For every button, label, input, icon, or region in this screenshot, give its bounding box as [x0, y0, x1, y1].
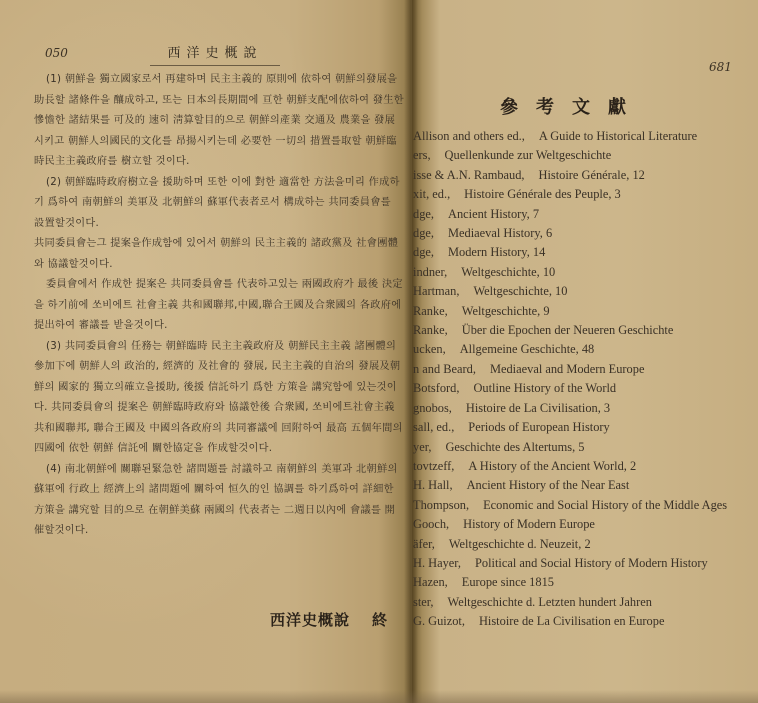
reference-item: Allison and others ed.,A Guide to Histor… — [413, 127, 758, 146]
reference-author: Ranke, — [413, 323, 448, 337]
reference-item: Ranke,Weltgeschichte, 9 — [413, 302, 758, 321]
reference-title: History of Modern Europe — [463, 517, 595, 531]
reference-item: xit, ed.,Histoire Générale des Peuple, 3 — [413, 185, 758, 204]
reference-author: Hartman, — [413, 284, 459, 298]
reference-item: äfer,Weltgeschichte d. Neuzeit, 2 — [413, 535, 758, 554]
book-spread: 050 西洋史概說 (1) 朝鮮을 獨立國家로서 再建하며 民主主義的 原則에 … — [0, 0, 758, 703]
reference-title: Modern History, 14 — [448, 245, 545, 259]
reference-title: Ancient History, 7 — [448, 207, 539, 221]
reference-title: Histoire Générale des Peuple, 3 — [464, 187, 621, 201]
references-heading: 參考文獻 — [500, 93, 644, 119]
reference-item: gnobos,Histoire de La Civilisation, 3 — [413, 399, 758, 418]
right-page-number: 681 — [709, 60, 732, 74]
reference-item: Botsford,Outline History of the World — [413, 379, 758, 398]
reference-item: ster,Weltgeschichte d. Letzten hundert J… — [413, 593, 758, 612]
paragraph-5: (3) 共同委員會의 任務는 朝鮮臨時 民主主義政府及 朝鮮民主主義 諸團體의 … — [34, 337, 404, 460]
reference-author: isse & A.N. Rambaud, — [413, 168, 525, 182]
reference-item: sall, ed.,Periods of European History — [413, 418, 758, 437]
reference-title: Mediaeval and Modern Europe — [490, 362, 644, 376]
reference-author: tovtzeff, — [413, 459, 454, 473]
reference-item: dge,Ancient History, 7 — [413, 205, 758, 224]
reference-item: Ranke,Über die Epochen der Neueren Gesch… — [413, 321, 758, 340]
book-end-title: 西洋史概說 — [270, 609, 350, 630]
reference-author: indner, — [413, 265, 447, 279]
reference-list: Allison and others ed.,A Guide to Histor… — [413, 127, 758, 632]
reference-title: Economic and Social History of the Middl… — [483, 498, 727, 512]
reference-item: isse & A.N. Rambaud,Histoire Générale, 1… — [413, 166, 758, 185]
reference-item: dge,Modern History, 14 — [413, 243, 758, 262]
reference-title: Weltgeschichte, 9 — [462, 304, 550, 318]
reference-title: A History of the Ancient World, 2 — [468, 459, 636, 473]
paragraph-4: 委員會에서 作成한 提案은 共同委員會를 代表하고있는 兩國政府가 最後 決定을… — [34, 275, 404, 337]
reference-title: Allgemeine Geschichte, 48 — [460, 342, 595, 356]
paragraph-6: (4) 南北朝鮮에 關聯된緊急한 諸問題를 討議하고 南朝鮮의 美軍과 北朝鮮의… — [34, 460, 404, 542]
reference-author: Botsford, — [413, 381, 459, 395]
reference-title: Quellenkunde zur Weltgeschichte — [445, 148, 612, 162]
reference-title: Periods of European History — [468, 420, 609, 434]
reference-author: G. Guizot, — [413, 614, 465, 628]
reference-title: Mediaeval History, 6 — [448, 226, 552, 240]
paragraph-2: (2) 朝鮮臨時政府樹立을 援助하며 또한 이에 對한 適當한 方法을미리 作成… — [34, 173, 404, 235]
reference-title: Weltgeschichte, 10 — [473, 284, 567, 298]
reference-author: yer, — [413, 440, 431, 454]
reference-title: A Guide to Historical Literature — [539, 129, 697, 143]
reference-author: gnobos, — [413, 401, 452, 415]
reference-author: Ranke, — [413, 304, 448, 318]
reference-item: G. Guizot,Histoire de La Civilisation en… — [413, 612, 758, 631]
reference-author: Gooch, — [413, 517, 449, 531]
reference-title: Outline History of the World — [473, 381, 616, 395]
reference-author: n and Beard, — [413, 362, 476, 376]
reference-title: Über die Epochen der Neueren Geschichte — [462, 323, 674, 337]
reference-author: dge, — [413, 226, 434, 240]
running-head: 西洋史概說 — [150, 42, 280, 66]
reference-item: tovtzeff,A History of the Ancient World,… — [413, 457, 758, 476]
reference-author: sall, ed., — [413, 420, 454, 434]
reference-author: ucken, — [413, 342, 446, 356]
reference-author: ers, — [413, 148, 431, 162]
book-end-mark: 終 — [372, 609, 387, 630]
reference-item: H. Hayer,Political and Social History of… — [413, 554, 758, 573]
paragraph-3: 共同委員會는그 提案을作成함에 있어서 朝鮮의 民主主義的 諸政黨及 社會團體와… — [34, 234, 404, 275]
reference-author: Allison and others ed., — [413, 129, 525, 143]
reference-title: Ancient History of the Near East — [467, 478, 630, 492]
reference-author: äfer, — [413, 537, 435, 551]
reference-author: dge, — [413, 245, 434, 259]
reference-author: dge, — [413, 207, 434, 221]
reference-item: Hartman,Weltgeschichte, 10 — [413, 282, 758, 301]
left-page-number: 050 — [45, 46, 68, 60]
reference-title: Histoire de La Civilisation en Europe — [479, 614, 664, 628]
left-page-body: (1) 朝鮮을 獨立國家로서 再建하며 民主主義的 原則에 依하여 朝鮮의發展을… — [34, 70, 404, 542]
reference-title: Europe since 1815 — [462, 575, 554, 589]
reference-author: H. Hayer, — [413, 556, 461, 570]
reference-title: Histoire Générale, 12 — [539, 168, 645, 182]
reference-item: yer,Geschichte des Altertums, 5 — [413, 438, 758, 457]
reference-item: ers,Quellenkunde zur Weltgeschichte — [413, 146, 758, 165]
reference-title: Political and Social History of Modern H… — [475, 556, 708, 570]
reference-item: Hazen,Europe since 1815 — [413, 573, 758, 592]
reference-title: Weltgeschichte d. Letzten hundert Jahren — [448, 595, 652, 609]
reference-item: ucken,Allgemeine Geschichte, 48 — [413, 340, 758, 359]
reference-item: indner,Weltgeschichte, 10 — [413, 263, 758, 282]
reference-author: Thompson, — [413, 498, 469, 512]
reference-item: Thompson,Economic and Social History of … — [413, 496, 758, 515]
paragraph-1: (1) 朝鮮을 獨立國家로서 再建하며 民主主義的 原則에 依하여 朝鮮의發展을… — [34, 70, 404, 173]
reference-author: H. Hall, — [413, 478, 453, 492]
reference-title: Histoire de La Civilisation, 3 — [466, 401, 610, 415]
reference-item: dge,Mediaeval History, 6 — [413, 224, 758, 243]
reference-author: ster, — [413, 595, 434, 609]
page-bottom-edge — [0, 690, 758, 703]
reference-title: Weltgeschichte d. Neuzeit, 2 — [449, 537, 591, 551]
reference-item: n and Beard,Mediaeval and Modern Europe — [413, 360, 758, 379]
reference-author: Hazen, — [413, 575, 448, 589]
reference-title: Geschichte des Altertums, 5 — [445, 440, 584, 454]
reference-title: Weltgeschichte, 10 — [461, 265, 555, 279]
reference-author: xit, ed., — [413, 187, 450, 201]
reference-item: Gooch,History of Modern Europe — [413, 515, 758, 534]
reference-item: H. Hall,Ancient History of the Near East — [413, 476, 758, 495]
